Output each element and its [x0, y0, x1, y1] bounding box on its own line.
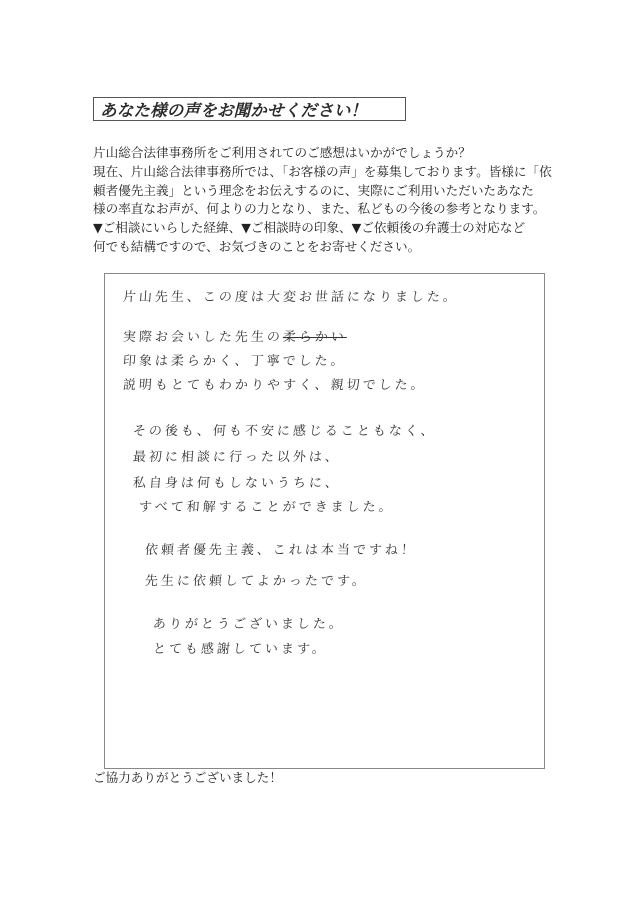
- page-title: あなた様の声をお聞かせください！: [100, 97, 367, 121]
- intro-line: 頼者優先主義」という理念をお伝えするのに、実際にご利用いただいたあなた: [93, 182, 553, 201]
- struck-text: 柔らかい: [282, 330, 347, 345]
- handwritten-line: その後も、何も不安に感じることもなく、: [132, 420, 437, 439]
- handwritten-line: 印象は柔らかく、丁寧でした。: [122, 350, 347, 369]
- intro-line: ▼ご相談にいらした経緯、▼ご相談時の印象、▼ご依頼後の弁護士の対応など: [93, 219, 553, 238]
- handwritten-line: 依頼者優先主義、これは本当ですね！: [144, 539, 417, 558]
- handwritten-line: 私自身は何もしないうちに、: [132, 472, 341, 491]
- handwritten-line: とても感謝しています。: [152, 638, 328, 657]
- handwritten-text: 実際お会いした先生の: [122, 330, 283, 345]
- handwritten-response-box: 片山先生、この度は大変お世話になりました。 実際お会いした先生の柔らかい 印象は…: [104, 273, 545, 769]
- intro-line: 現在、片山総合法律事務所では、「お客様の声」を募集しております。皆様に「依: [93, 163, 553, 182]
- handwritten-line: 説明もとてもわかりやすく、親切でした。: [122, 374, 427, 393]
- handwritten-line: 最初に相談に行った以外は、: [132, 446, 341, 465]
- intro-line: 片山総合法律事務所をご利用されてのご感想はいかがでしょうか？: [93, 144, 553, 163]
- intro-text: 片山総合法律事務所をご利用されてのご感想はいかがでしょうか？ 現在、片山総合法律…: [93, 144, 553, 257]
- handwritten-line: すべて和解することができました。: [138, 496, 395, 515]
- intro-line: 様の率直なお声が、何よりの力となり、また、私どもの今後の参考となります。: [93, 200, 553, 219]
- handwritten-line: 実際お会いした先生の柔らかい: [122, 326, 347, 345]
- handwritten-line: ありがとうございました。: [152, 613, 345, 632]
- thank-you-footer: ご協力ありがとうございました！: [93, 767, 282, 786]
- title-banner: あなた様の声をお聞かせください！: [93, 97, 406, 121]
- intro-line: 何でも結構ですので、お気づきのことをお寄せください。: [93, 238, 553, 257]
- handwritten-line: 先生に依頼してよかったです。: [144, 570, 368, 589]
- handwritten-line: 片山先生、この度は大変お世話になりました。: [122, 286, 459, 305]
